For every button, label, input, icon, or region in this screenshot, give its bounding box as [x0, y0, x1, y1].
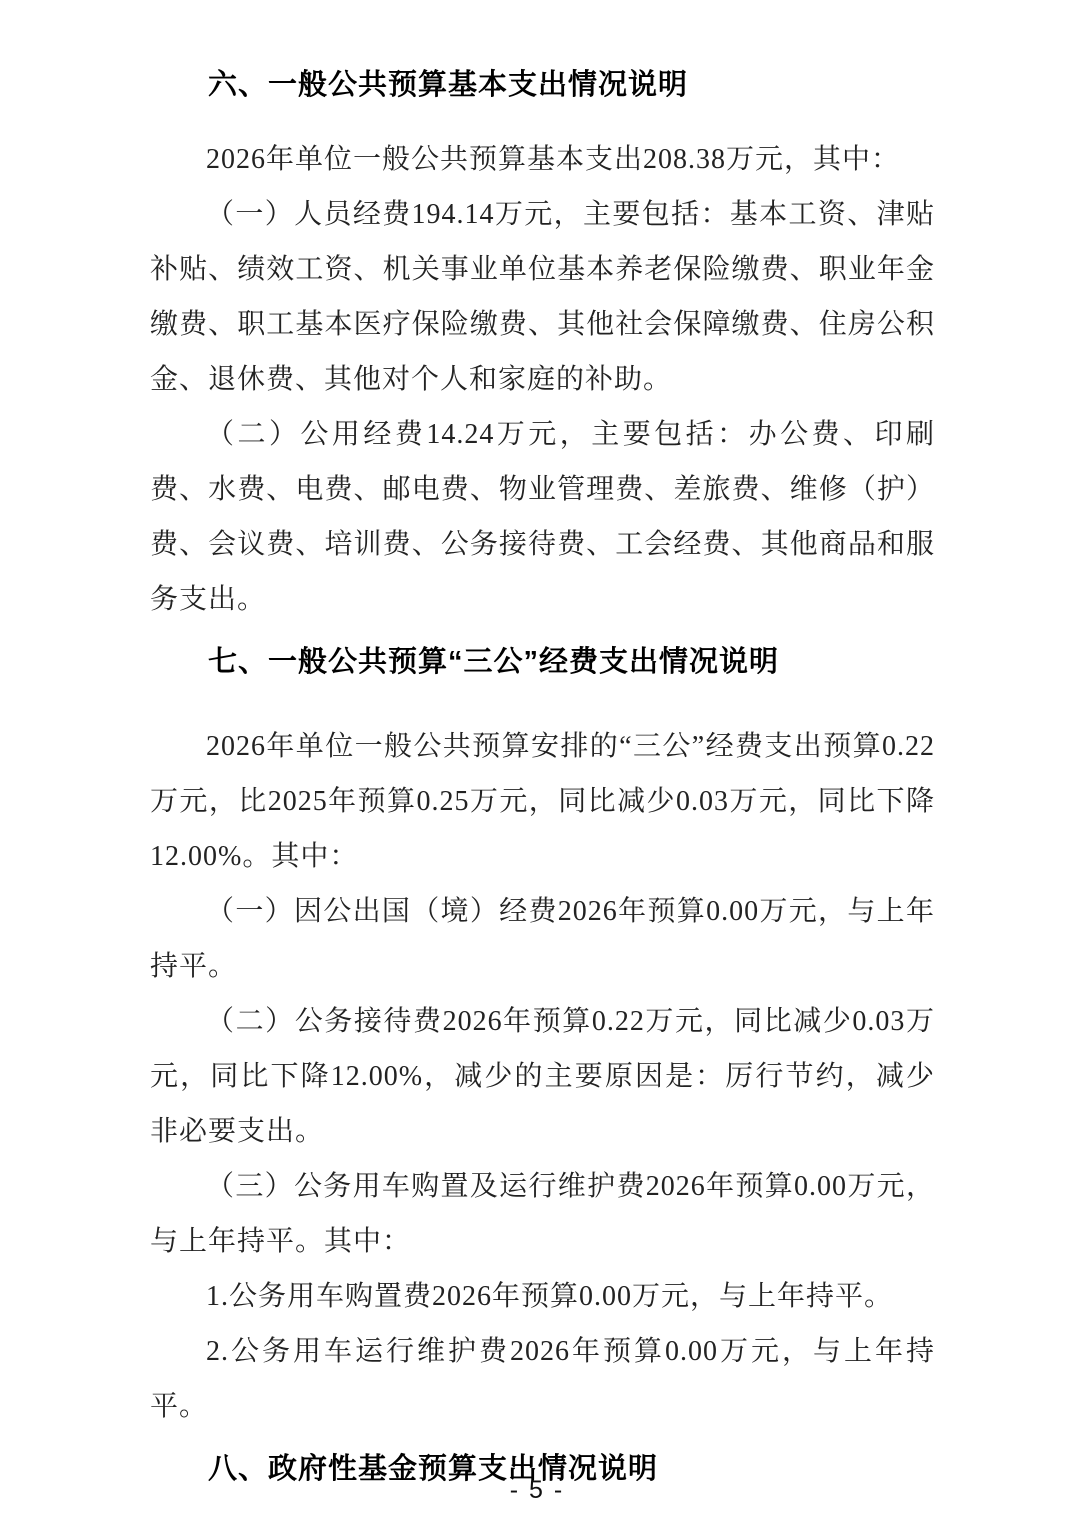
section-heading-basic-expenditure: 六、一般公共预算基本支出情况说明	[150, 66, 935, 104]
paragraph-official-reception: （二）公务接待费2026年预算0.22万元，同比减少0.03万元，同比下降12.…	[150, 994, 935, 1159]
document-content: 六、一般公共预算基本支出情况说明 2026年单位一般公共预算基本支出208.38…	[150, 64, 935, 1520]
paragraph-overseas-trips: （一）因公出国（境）经费2026年预算0.00万元，与上年持平。	[150, 884, 935, 994]
paragraph-vehicle-purchase: 1.公务用车购置费2026年预算0.00万元，与上年持平。	[150, 1269, 935, 1324]
paragraph-basic-expenditure-total: 2026年单位一般公共预算基本支出208.38万元，其中：	[150, 132, 935, 187]
section-heading-three-public-funds: 七、一般公共预算“三公”经费支出情况说明	[150, 643, 935, 681]
paragraph-vehicle-maintenance: 2.公务用车运行维护费2026年预算0.00万元，与上年持平。	[150, 1324, 935, 1434]
document-page: 六、一般公共预算基本支出情况说明 2026年单位一般公共预算基本支出208.38…	[0, 0, 1074, 1520]
paragraph-official-vehicles: （三）公务用车购置及运行维护费2026年预算0.00万元，与上年持平。其中：	[150, 1159, 935, 1269]
paragraph-three-public-total: 2026年单位一般公共预算安排的“三公”经费支出预算0.22万元，比2025年预…	[150, 719, 935, 884]
page-number: - 5 -	[0, 1476, 1074, 1505]
paragraph-personnel-funds: （一）人员经费194.14万元，主要包括：基本工资、津贴补贴、绩效工资、机关事业…	[150, 187, 935, 407]
paragraph-public-funds: （二）公用经费14.24万元，主要包括：办公费、印刷费、水费、电费、邮电费、物业…	[150, 407, 935, 627]
